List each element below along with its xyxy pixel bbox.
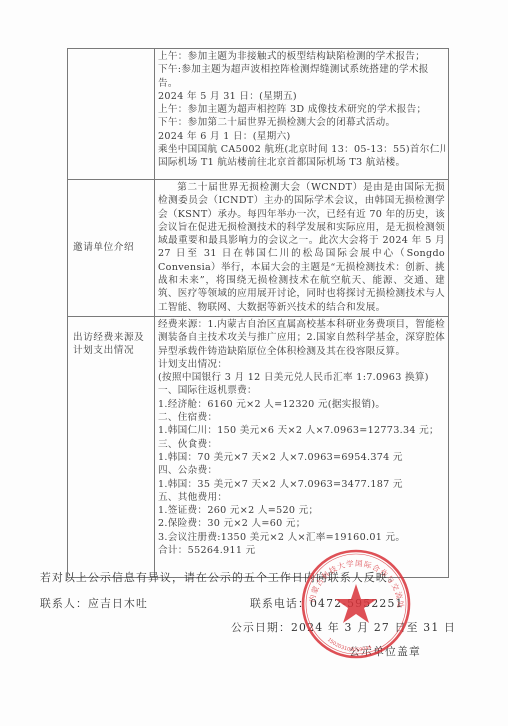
expense-line: 计划支出情况： <box>158 358 445 371</box>
publicity-date: 公示日期：2024 年 3 月 27 日至 31 日 <box>231 620 456 635</box>
expense-line: 1.韩国仁川：150 美元×6 天×2 人×7.0963=12773.34 元； <box>158 424 445 437</box>
schedule-line: 国际机场 T1 航站楼前往北京首都国际机场 T3 航站楼。 <box>158 156 445 169</box>
expense-line: 3.会议注册费:1350 美元×2 人×汇率=19160.01 元。 <box>158 531 445 544</box>
document-page: 上午：参加主题为非接触式的板型结构缺陷检测的学术报告； 下午:参加主题为超声波相… <box>0 0 508 726</box>
expense-line: 一、国际往返机票费： <box>158 384 445 397</box>
objection-notice: 若对以上公示信息有异议，请在公示的五个工作日内向联系人反映。 <box>40 570 400 585</box>
schedule-line: 上午：参加主题为超声相控阵 3D 成像技术研究的学术报告； <box>158 103 445 116</box>
schedule-line: 下午:参加主题为超声波相控阵检测焊缝测试系统搭建的学术报 <box>158 63 445 76</box>
expense-line: 三、伙食费： <box>158 438 445 451</box>
schedule-line: 2024 年 5 月 31 日：(星期五) <box>158 90 445 103</box>
publicity-table: 上午：参加主题为非接触式的板型结构缺陷检测的学术报告； 下午:参加主题为超声波相… <box>67 48 449 578</box>
inviter-intro-cell: 第二十届世界无损检测大会（WCNDT）是由是由国际无损检测委员会（ICNDT）主… <box>155 180 449 317</box>
expense-line: 1.经济舱：6160 元×2 人=12320 元(据实报销)。 <box>158 398 445 411</box>
row-label-funding-text: 出访经费来源及计划支出情况 <box>73 331 145 358</box>
expense-line: 五、其他费用： <box>158 491 445 504</box>
expense-line: (按照中国银行 3 月 12 日美元兑人民币汇率 1:7.0963 换算) <box>158 371 445 384</box>
table-row-inviter: 邀请单位介绍 第二十届世界无损检测大会（WCNDT）是由是由国际无损检测委员会（… <box>68 180 449 317</box>
expense-line: 2.保险费：30 元×2 人=60 元； <box>158 517 445 530</box>
funding-source: 经费来源：1.内蒙古自治区直属高校基本科研业务费项目，智能检测装备自主技术攻关与… <box>158 318 445 358</box>
schedule-cell: 上午：参加主题为非接触式的板型结构缺陷检测的学术报告； 下午:参加主题为超声波相… <box>155 49 449 180</box>
funding-cell: 经费来源：1.内蒙古自治区直属高校基本科研业务费项目，智能检测装备自主技术攻关与… <box>155 317 449 578</box>
expense-line: 四、公杂费： <box>158 464 445 477</box>
schedule-line: 告。 <box>158 77 445 90</box>
schedule-line: 乘坐中国国航 CA5002 航班(北京时间 13：05-13：55)首尔仁川 <box>158 143 445 156</box>
schedule-line: 上午：参加主题为非接触式的板型结构缺陷检测的学术报告； <box>158 50 445 63</box>
expense-line: 1.韩国：35 美元×7 天×2 人×7.0963=3477.187 元 <box>158 478 445 491</box>
row-label-inviter-intro: 邀请单位介绍 <box>68 180 155 317</box>
expense-line: 1.签证费：260 元×2 人=520 元； <box>158 504 445 517</box>
schedule-line: 下午：参加第二十届世界无损检测大会的闭幕式活动。 <box>158 116 445 129</box>
row-label-empty <box>68 49 155 180</box>
expense-line: 1.韩国：70 美元×7 天×2 人×7.0963=6954.374 元 <box>158 451 445 464</box>
stamp-caption: 公示单位盖章 <box>349 644 421 659</box>
contact-person: 联系人：应吉日木吐 <box>40 596 148 611</box>
contact-phone: 联系电话：0472-5952251 <box>250 596 404 611</box>
table-row-schedule: 上午：参加主题为非接触式的板型结构缺陷检测的学术报告； 下午:参加主题为超声波相… <box>68 49 449 180</box>
row-label-funding: 出访经费来源及计划支出情况 <box>68 317 155 578</box>
expense-total: 合计：55264.911 元 <box>158 544 445 557</box>
expense-line: 二、住宿费： <box>158 411 445 424</box>
inviter-intro-paragraph: 第二十届世界无损检测大会（WCNDT）是由是由国际无损检测委员会（ICNDT）主… <box>158 181 445 314</box>
schedule-line: 2024 年 6 月 1 日：(星期六) <box>158 130 445 143</box>
table-row-funding: 出访经费来源及计划支出情况 经费来源：1.内蒙古自治区直属高校基本科研业务费项目… <box>68 317 449 578</box>
